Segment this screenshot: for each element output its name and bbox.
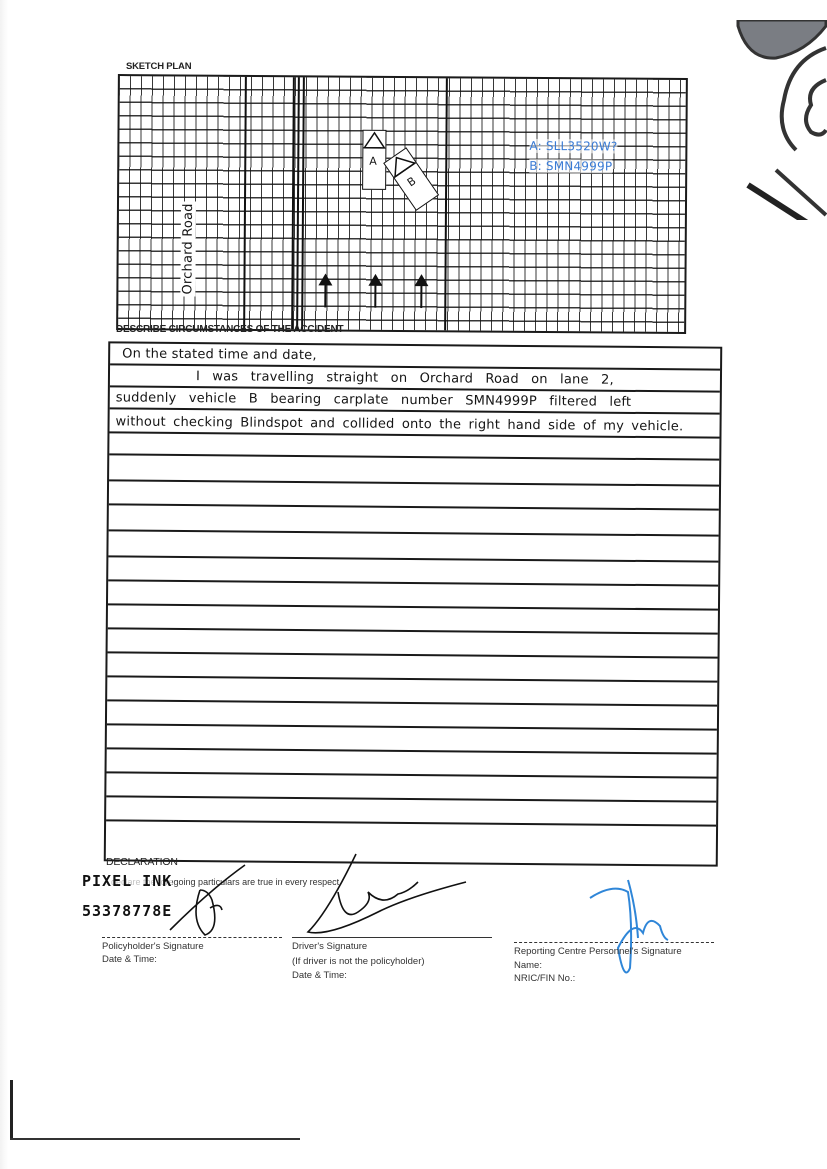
circumstance-line-2: I was travelling straight on Orchard Roa… (196, 369, 614, 388)
direction-arrow-icon (318, 273, 332, 307)
policyholder-signature-label: Policyholder's Signature (102, 940, 204, 953)
driver-note: (If driver is not the policyholder) (292, 955, 425, 968)
road-label: Orchard Road (180, 201, 196, 296)
scan-edge-left (0, 0, 8, 1169)
reporting-signature-label: Reporting Centre Personnel's Signature (514, 945, 682, 958)
plate-note-a: A: SLL3520W? (529, 139, 617, 154)
driver-signature-icon (298, 852, 468, 942)
circumstances-heading: DESCRIBE CIRCUMSTANCES OF THE ACCIDENT (116, 324, 343, 335)
circumstance-line-1: On the stated time and date, (122, 346, 317, 363)
reporting-name-label: Name: (514, 959, 542, 972)
sketch-plan-grid: Orchard Road A B A: SLL3520W? B: SMN4999… (116, 74, 688, 334)
cartoon-decoration-icon (736, 20, 827, 220)
driver-signature-label: Driver's Signature (292, 940, 367, 953)
direction-arrow-icon (368, 274, 382, 308)
vehicle-a-label: A (369, 155, 377, 168)
circumstances-lined-box: On the stated time and date, I was trave… (104, 341, 723, 866)
policyholder-signature-icon (150, 860, 250, 940)
driver-date-label: Date & Time: (292, 969, 347, 982)
vehicle-b-label: B (405, 174, 419, 189)
reporting-nric-label: NRIC/FIN No.: (514, 972, 575, 985)
sketch-plan-heading: SKETCH PLAN (126, 61, 191, 72)
scan-artifact-bottom-line (10, 1138, 300, 1140)
scan-artifact-bottom-left (10, 1080, 13, 1140)
vehicle-a-shape: A (362, 130, 386, 190)
plate-note-b: B: SMN4999P (529, 159, 612, 174)
reporting-signature-icon (588, 878, 678, 988)
circumstance-line-3: suddenly vehicle B bearing carplate numb… (116, 390, 632, 409)
policyholder-date-label: Date & Time: (102, 953, 157, 966)
direction-arrow-icon (414, 274, 428, 308)
vehicle-b-shape: B (383, 147, 439, 211)
